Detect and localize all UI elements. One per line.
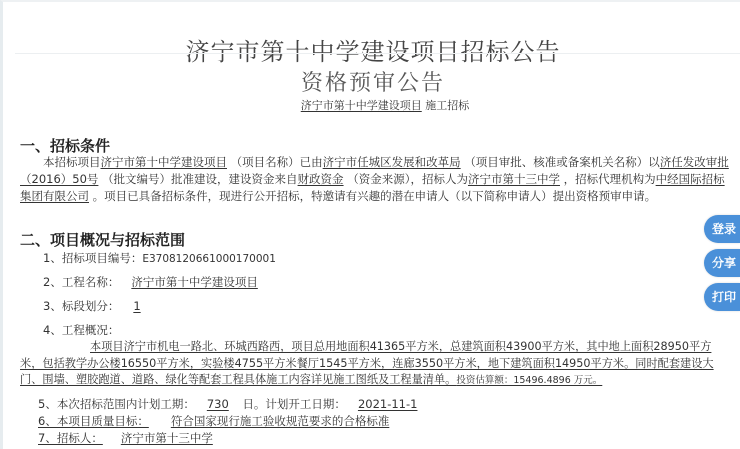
start-date: 2021-11-1: [346, 397, 418, 411]
tenderer-name: 济宁市第十三中学: [103, 431, 213, 445]
document-heading: 资格预审公告: [3, 66, 740, 97]
item-2: 2、工程名称：济宁市第十中学建设项目: [43, 274, 258, 290]
overview-text: 本项目济宁市机电一路北、环城西路西，项目总用地面积41365平方米，总建筑面积4…: [20, 340, 714, 386]
budget-text: 投资估算额：15496.4896 万元。: [456, 375, 602, 386]
floating-action-bar: 登录 分享 打印: [704, 215, 740, 317]
print-button[interactable]: 打印: [704, 283, 740, 311]
item-4: 4、工程概况：: [43, 322, 119, 338]
item-label: 2、工程名称：: [43, 275, 119, 289]
quality-target: 符合国家现行施工验收规范要求的合格标准: [149, 414, 390, 428]
notice-page: 济宁市第十中学建设项目招标公告 资格预审公告 济宁市第十中学建设项目 施工招标 …: [0, 0, 740, 449]
project-name: 济宁市第十中学建设项目: [119, 275, 258, 289]
item-label: 5、本次招标范围内计划工期：: [38, 397, 195, 411]
lot-count: 1: [119, 299, 140, 313]
text: 。项目已具备招标条件，现进行公开招标，特邀请有兴趣的潜在申请人（以下简称申请人）…: [93, 189, 657, 203]
text: 本招标项目: [43, 155, 101, 169]
share-button[interactable]: 分享: [704, 249, 740, 277]
title-divider: [15, 53, 740, 54]
text: （批文编号）批准建设，建设资金来自: [102, 172, 298, 186]
section-1-title: 一、招标条件: [20, 135, 110, 156]
approver-field: 济宁市任城区发展和改革局: [323, 155, 461, 169]
subhead-project-name: 济宁市第十中学建设项目: [277, 99, 422, 112]
item-7: 7、招标人：济宁市第十三中学: [38, 430, 213, 446]
item-label: 7、招标人：: [38, 431, 103, 445]
text: （项目名称）已由: [231, 155, 323, 169]
section-2-title: 二、项目概况与招标范围: [20, 229, 185, 250]
item-6: 6、本项目质量目标：符合国家现行施工验收规范要求的合格标准: [38, 413, 389, 429]
subhead-suffix: 施工招标: [425, 99, 469, 112]
text: ，招标代理机构为: [564, 172, 656, 186]
project-code: E3708120661000170001: [142, 253, 276, 265]
login-button[interactable]: 登录: [704, 215, 740, 243]
item-label: 6、本项目质量目标：: [38, 414, 149, 428]
item-label: 3、标段划分：: [43, 299, 119, 313]
item-label: 日。计划开工日期：: [242, 397, 346, 411]
item-1: 1、招标项目编号：E3708120661000170001: [43, 250, 276, 266]
document-subheading: 济宁市第十中学建设项目 施工招标: [3, 97, 740, 113]
page-title: 济宁市第十中学建设项目招标公告: [3, 32, 740, 67]
item-label: 1、招标项目编号：: [43, 251, 142, 265]
section-1-paragraph: 本招标项目济宁市第十中学建设项目 （项目名称）已由济宁市任城区发展和改革局 （项…: [20, 154, 732, 205]
item-label: 4、工程概况：: [43, 323, 119, 337]
item-5: 5、本次招标范围内计划工期：730 日。计划开工日期：2021-11-1: [38, 396, 417, 412]
tenderer-field: 济宁市第十三中学: [468, 172, 560, 186]
duration-days: 730: [195, 397, 239, 411]
text: （项目审批、核准或备案机关名称）以: [464, 155, 660, 169]
fund-source-field: 财政资金: [298, 172, 344, 186]
project-overview: 本项目济宁市机电一路北、环城西路西，项目总用地面积41365平方米，总建筑面积4…: [20, 339, 732, 390]
project-name-field: 济宁市第十中学建设项目: [101, 155, 228, 169]
item-3: 3、标段划分：1: [43, 298, 141, 314]
text: （资金来源），招标人为: [347, 172, 468, 186]
